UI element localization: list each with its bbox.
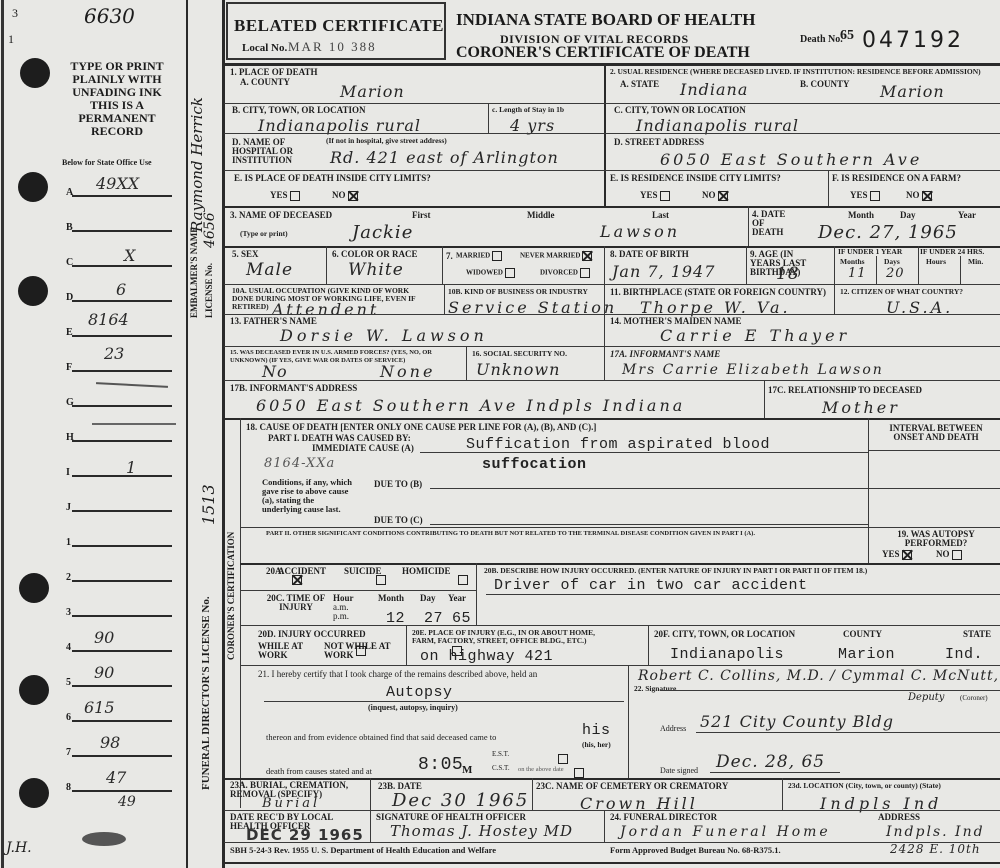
code-label: I [66, 467, 70, 478]
cell-divider [648, 625, 649, 665]
code-label: 1 [66, 537, 71, 548]
coroner-signature[interactable]: Robert C. Collins, M.D. / Cymmal C. McNu… [638, 668, 1000, 684]
code-line [72, 335, 172, 337]
cell-divider [604, 246, 605, 284]
informant-address-label: 17b. INFORMANT'S ADDRESS [230, 384, 357, 393]
yes-label: YES [640, 190, 658, 200]
cell-divider [764, 380, 765, 418]
local-no-label: Local No. [242, 42, 287, 54]
injury-occurred-label: 20d. INJURY OCCURRED [258, 630, 366, 639]
code-line [72, 300, 172, 302]
code-value: X [124, 246, 135, 265]
agency-title: INDIANA STATE BOARD OF HEALTH [456, 10, 755, 30]
answer-rule [430, 488, 868, 489]
row-rule [224, 380, 1000, 381]
relationship-label: 17c. RELATIONSHIP TO DECEASED [768, 386, 922, 395]
funeral-director-license-label: FUNERAL DIRECTOR'S LICENSE No. [200, 596, 212, 790]
signature-label: 22. Signature [634, 684, 676, 693]
death-county[interactable]: Marion [340, 82, 405, 101]
cell-divider [828, 170, 829, 206]
bottom-initials: J.H. [6, 840, 32, 856]
residence-inside-limits-label: e. IS RESIDENCE INSIDE CITY LIMITS? [610, 174, 781, 183]
interval-label: INTERVAL BETWEEN ONSET AND DEATH [876, 424, 996, 442]
cst-checkbox[interactable] [574, 768, 584, 778]
marital-widowed[interactable]: WIDOWED [466, 268, 515, 278]
code-line [72, 405, 172, 407]
code-label: 5 [66, 677, 71, 688]
code-line [72, 195, 172, 197]
deceased-name-hint: (Type or print) [240, 230, 288, 238]
belated-label: BELATED CERTIFICATE [234, 16, 444, 36]
row-rule [224, 346, 1000, 347]
answer-rule [696, 732, 1000, 733]
pronoun-hint: (his, her) [582, 740, 611, 749]
row-rule [224, 103, 604, 104]
first-name-label: First [412, 211, 431, 220]
funeral-director-license[interactable]: 1513 [199, 484, 218, 525]
injury-city[interactable]: Indianapolis [670, 646, 784, 663]
row-rule [604, 170, 1000, 171]
place-of-injury[interactable]: on highway 421 [420, 648, 553, 665]
held-hint: (inquest, autopsy, inquiry) [368, 703, 458, 712]
yes-label: YES [882, 549, 900, 559]
informant-name[interactable]: Mrs Carrie Elizabeth Lawson [622, 362, 884, 378]
married-label: MARRIED [456, 252, 490, 260]
residence-inside-limits-yes[interactable]: YES [640, 190, 670, 201]
middle-name-label: Middle [527, 211, 555, 220]
social-security-no[interactable]: Unknown [476, 360, 560, 379]
section-rule [224, 206, 1000, 208]
due-to-b-label: DUE TO (b) [374, 480, 422, 489]
row-rule [240, 590, 476, 591]
code-dash [96, 382, 168, 388]
checkbox-checked[interactable] [922, 191, 932, 201]
checkbox-checked[interactable] [902, 550, 912, 560]
date-of-birth[interactable]: Jan 7, 1947 [612, 262, 715, 281]
due-to-c-label: DUE TO (c) [374, 516, 423, 525]
code-line [72, 615, 172, 617]
code-line [72, 685, 172, 687]
marital-never-married[interactable]: NEVER MARRIED [520, 251, 592, 261]
cell-divider [782, 778, 783, 810]
funeral-director[interactable]: Jordan Funeral Home [620, 824, 831, 840]
state-office-use-label: Below for State Office Use [62, 158, 152, 167]
time-suffix: M [462, 764, 472, 776]
header-rule [224, 63, 1000, 66]
time-of-death[interactable]: 8:05 [418, 755, 463, 775]
certification-statement: 21. I hereby certify that I took charge … [258, 669, 537, 679]
code-label: 3 [66, 607, 71, 618]
death-inside-limits-no[interactable]: NO [332, 190, 358, 201]
father-label: 13. FATHER'S NAME [230, 317, 317, 326]
death-county-label: a. COUNTY [240, 78, 290, 87]
residence-county-label: b. COUNTY [800, 80, 850, 89]
cell-divider [834, 246, 835, 284]
war-dates[interactable]: None [380, 362, 435, 381]
hours-label: Hours [926, 258, 946, 266]
code-value: 23 [104, 344, 124, 363]
embalmer-license[interactable]: 4656 [202, 212, 218, 248]
residence-farm-yes[interactable]: YES [850, 190, 880, 201]
cell-divider [476, 563, 477, 625]
cell-divider [532, 778, 533, 810]
code-line [72, 545, 172, 547]
conditions-label: Conditions, if any, which gave rise to a… [262, 478, 354, 514]
how-injury-label: 20b. DESCRIBE HOW INJURY OCCURRED. (Ente… [484, 567, 867, 575]
time-of-injury-label: 20c. TIME OF INJURY [266, 594, 326, 612]
held-type[interactable]: Autopsy [386, 684, 453, 701]
birthplace-label: 11. BIRTHPLACE (State or foreign country… [610, 288, 826, 297]
never-married-label: NEVER MARRIED [520, 252, 580, 260]
code-value: 47 [106, 768, 126, 787]
death-number: 047192 [862, 28, 964, 53]
code-value: 6 [116, 280, 126, 299]
due-to-b-value[interactable]: suffocation [482, 456, 587, 473]
row-rule [224, 810, 1000, 811]
cell-divider [918, 246, 919, 284]
business-label: 10b. KIND OF BUSINESS OR INDUSTRY [448, 288, 588, 296]
director-address-2[interactable]: 2428 E. 10th [890, 842, 981, 856]
no-label: NO [332, 190, 346, 200]
code-value: 98 [100, 733, 120, 752]
code-value: 8164 [88, 310, 129, 329]
relationship[interactable]: Mother [822, 398, 900, 417]
residence-county[interactable]: Marion [880, 82, 945, 101]
autopsy-no[interactable]: NO [936, 549, 962, 560]
residence-farm-label: f. IS RESIDENCE ON A FARM? [832, 174, 961, 183]
col-divider [604, 64, 606, 206]
checkbox[interactable] [290, 191, 300, 201]
code-line [72, 510, 172, 512]
injury-county[interactable]: Marion [838, 646, 895, 663]
sex[interactable]: Male [246, 260, 293, 280]
under-24-label: IF UNDER 24 HRS. [920, 248, 984, 256]
place-of-injury-label: 20e. PLACE OF INJURY (e.g., in or about … [412, 629, 602, 645]
coroner-strip-rule [240, 418, 241, 808]
code-label: 7 [66, 747, 71, 758]
code-label: 4 [66, 642, 71, 653]
row-rule [240, 665, 1000, 666]
corner-mark: 3 [12, 6, 18, 21]
injury-county-label: COUNTY [843, 630, 882, 639]
dod-day-label: Day [900, 211, 916, 220]
code-label: 2 [66, 572, 71, 583]
on-date-label: on the above date [518, 766, 564, 773]
cell-divider [604, 810, 605, 842]
manner-suicide-checkbox[interactable] [376, 575, 386, 585]
code-value: 49XX [96, 174, 139, 193]
code-value: 90 [94, 628, 114, 647]
punch-hole [19, 573, 49, 603]
hospital-label: d. NAME OF HOSPITAL OR INSTITUTION [232, 138, 312, 165]
residence-street[interactable]: 6050 East Southern Ave [660, 150, 922, 169]
code-label: J [66, 502, 71, 513]
last-name-label: Last [652, 211, 669, 220]
code-line [72, 440, 172, 442]
checkbox[interactable] [505, 268, 515, 278]
cell-divider [488, 103, 489, 133]
coroner-address-label: Address [660, 724, 686, 733]
corner-mark-2: 1 [8, 32, 14, 47]
row-rule [224, 133, 604, 134]
date-signed[interactable]: Dec. 28, 65 [716, 752, 825, 772]
code-value: 90 [94, 663, 114, 682]
not-while-at-work[interactable]: NOT WHILE AT WORK [324, 642, 394, 660]
hospital-name[interactable]: Rd. 421 east of Arlington [330, 148, 559, 167]
cell-divider [444, 284, 445, 314]
no-label: NO [702, 190, 716, 200]
embalmer-license-label: LICENSE No. [204, 263, 214, 318]
cause-code-note: 8164-XXa [264, 456, 335, 471]
code-value: 1 [126, 458, 136, 477]
answer-rule [420, 452, 868, 453]
mother-label: 14. MOTHER'S MAIDEN NAME [610, 317, 742, 326]
cell-divider [746, 246, 747, 284]
section-rule [224, 418, 1000, 420]
ssn-label: 16. SOCIAL SECURITY NO. [472, 350, 567, 358]
marital-divorced[interactable]: DIVORCED [540, 268, 590, 278]
checkbox-checked[interactable] [348, 191, 358, 201]
marital-married[interactable]: MARRIED [456, 251, 502, 261]
section-rule [240, 563, 1000, 565]
min-label: Min. [968, 258, 983, 266]
dod-year-label: Year [958, 211, 976, 220]
code-label: 6 [66, 712, 71, 723]
under-year-label: IF UNDER 1 YEAR [838, 248, 902, 256]
cell-divider [868, 527, 869, 563]
no-label: NO [936, 549, 950, 559]
code-line [72, 650, 172, 652]
health-officer-label: SIGNATURE OF HEALTH OFFICER [376, 813, 526, 822]
age-days[interactable]: 20 [886, 266, 905, 281]
death-inside-limits-yes[interactable]: YES [270, 190, 300, 201]
answer-rule [868, 450, 1000, 451]
code-line [72, 230, 172, 232]
left-margin-rule [1, 0, 4, 868]
burial-date[interactable]: Dec 30 1965 [392, 790, 529, 811]
checkbox[interactable] [492, 251, 502, 261]
code-value: 615 [84, 698, 115, 717]
cell-divider [604, 346, 605, 380]
pronoun[interactable]: his [582, 722, 611, 739]
cell-divider [834, 284, 835, 314]
code-line [72, 265, 172, 267]
residence-street-label: d. STREET ADDRESS [614, 138, 704, 147]
autopsy-yes[interactable]: YES [882, 549, 912, 560]
residence-inside-limits-no[interactable]: NO [702, 190, 728, 201]
date-signed-label: Date signed [660, 766, 698, 775]
dod-month-label: Month [848, 211, 874, 220]
yes-label: YES [270, 190, 288, 200]
mother-maiden-name[interactable]: Carrie E Thayer [660, 326, 850, 345]
place-of-death-label: 1. PLACE OF DEATH [230, 68, 318, 77]
injury-state[interactable]: Ind. [945, 646, 983, 663]
informant-address[interactable]: 6050 East Southern Ave Indpls Indiana [256, 396, 685, 415]
residence-state[interactable]: Indiana [680, 80, 748, 99]
age-months[interactable]: 11 [848, 266, 867, 281]
row-rule [604, 133, 1000, 134]
deceased-name-label: 3. NAME OF DECEASED [230, 211, 332, 220]
divorced-label: DIVORCED [540, 269, 578, 277]
while-at-work[interactable]: WHILE AT WORK [258, 642, 318, 660]
local-no-value: MAR 10 388 [288, 39, 377, 55]
manner-homicide-checkbox[interactable] [458, 575, 468, 585]
certification-statement-2: thereon and from evidence obtained find … [266, 732, 496, 742]
code-dash [92, 423, 176, 425]
row-rule [240, 625, 1000, 626]
dob-label: 8. DATE OF BIRTH [610, 250, 689, 259]
manner-accident-checkbox[interactable] [292, 575, 302, 585]
hospital-hint: (If not in hospital, give street address… [326, 137, 447, 145]
part1-label: PART I. DEATH WAS CAUSED BY: [268, 434, 411, 443]
answer-rule [660, 690, 1000, 691]
date-of-death[interactable]: Dec. 27, 1965 [818, 222, 958, 243]
cst-label: C.S.T. [492, 764, 510, 772]
bottom-rule [224, 862, 1000, 864]
director-address-label: ADDRESS [878, 813, 920, 822]
row-rule [224, 842, 1000, 843]
health-officer-signature[interactable]: Thomas J. Hostey MD [390, 822, 573, 840]
top-left-number: 6630 [84, 4, 135, 28]
length-of-stay-label: c. Length of Stay in 1b [492, 106, 564, 114]
cell-divider [960, 256, 961, 284]
deputy-label: Deputy [908, 692, 944, 703]
row-rule [224, 284, 1000, 285]
widowed-label: WIDOWED [466, 269, 503, 277]
form-left-rule [222, 0, 225, 868]
checkbox[interactable] [952, 550, 962, 560]
checkbox[interactable] [580, 268, 590, 278]
punch-hole [20, 58, 50, 88]
checkbox-checked[interactable] [718, 191, 728, 201]
form-code: SBH 5-24-3 Rev. 1955 U. S. Department of… [230, 845, 496, 855]
code-line [72, 755, 172, 757]
not-while-at-work-label: NOT WHILE AT WORK [324, 641, 390, 660]
cell-divider [748, 206, 749, 246]
months-label: Months [840, 258, 865, 266]
marital-label: 7. [446, 252, 453, 261]
code-line [72, 720, 172, 722]
answer-rule [264, 701, 624, 702]
belated-certificate-stamp: BELATED CERTIFICATE Local No. MAR 10 388 [226, 2, 446, 60]
race[interactable]: White [348, 260, 404, 280]
injury-day-label: Day [420, 594, 436, 603]
seal-smudge [82, 832, 126, 846]
deceased-first-name[interactable]: Jackie [352, 222, 413, 243]
death-number-label: Death No. [800, 34, 843, 45]
immediate-cause[interactable]: Suffication from aspirated blood [466, 436, 770, 453]
pm-label: p.m. [333, 612, 349, 621]
est-label: E.S.T. [492, 750, 509, 758]
residence-label: 2. USUAL RESIDENCE (Where deceased lived… [610, 68, 981, 76]
row-rule [240, 527, 1000, 528]
embalmer-name-label: EMBALMER'S NAME [189, 227, 199, 318]
row-rule [604, 103, 1000, 104]
father-name[interactable]: Dorsie W. Lawson [280, 326, 488, 345]
residence-state-label: a. STATE [620, 80, 659, 89]
instructions-block: TYPE OR PRINT PLAINLY WITH UNFADING INK … [58, 60, 176, 138]
sex-label: 5. SEX [232, 250, 259, 259]
part2-label: PART II. OTHER SIGNIFICANT CONDITIONS CO… [266, 530, 755, 538]
race-label: 6. COLOR OR RACE [332, 250, 418, 259]
certification-statement-3: death from causes stated and at [266, 766, 372, 776]
punch-hole [19, 778, 49, 808]
checkbox-checked[interactable] [582, 251, 592, 261]
residence-farm-no[interactable]: NO [906, 190, 932, 201]
autopsy-label: 19. WAS AUTOPSY PERFORMED? [876, 530, 996, 548]
cell-divider [876, 256, 877, 284]
answer-rule [486, 594, 1000, 595]
punch-hole [18, 276, 48, 306]
row-rule [224, 170, 604, 171]
answer-rule [868, 488, 1000, 489]
cell-divider [604, 314, 605, 346]
coroner-label: (Coroner) [960, 694, 988, 702]
cell-divider [604, 284, 605, 314]
checkbox[interactable] [870, 191, 880, 201]
date-of-death-label: 4. DATE OF DEATH [752, 210, 796, 237]
answer-rule [710, 772, 840, 773]
cemetery-label: 23c. NAME OF CEMETERY OR CREMATORY [536, 782, 728, 791]
code-line [72, 475, 172, 477]
no-label: NO [906, 190, 920, 200]
code-line [72, 790, 172, 792]
while-at-work-label: WHILE AT WORK [258, 641, 303, 660]
manner-homicide-label: HOMICIDE [402, 567, 451, 576]
injury-state-label: STATE [963, 630, 991, 639]
code-value: 49 [118, 794, 136, 810]
director-address[interactable]: Indpls. Ind [886, 824, 985, 840]
injury-year-label: Year [448, 594, 466, 603]
death-inside-limits-label: e. IS PLACE OF DEATH INSIDE CITY LIMITS? [234, 174, 431, 183]
checkbox[interactable] [660, 191, 670, 201]
cell-divider [406, 625, 407, 665]
coroner-address[interactable]: 521 City County Bldg [700, 712, 894, 731]
yes-label: YES [850, 190, 868, 200]
citizen-label: 12. CITIZEN OF WHAT COUNTRY? [840, 288, 963, 296]
code-label: 8 [66, 782, 71, 793]
funeral-director-label: 24. FUNERAL DIRECTOR [610, 813, 717, 822]
burial-location-label: 23d. LOCATION (City, town, or county) (S… [788, 782, 941, 790]
answer-rule [430, 524, 868, 525]
disposition[interactable]: Burial [262, 796, 320, 811]
days-label: Days [884, 258, 900, 266]
code-line [72, 370, 172, 372]
budget-bureau: Form Approved Budget Bureau No. 68-R375.… [610, 845, 781, 855]
coroner-certification-label: CORONER'S CERTIFICATION [226, 532, 236, 660]
cell-divider [628, 665, 629, 780]
est-checkbox[interactable] [558, 754, 568, 764]
code-line [72, 580, 172, 582]
armed-forces[interactable]: No [262, 362, 288, 381]
form-title: CORONER'S CERTIFICATE OF DEATH [456, 44, 750, 62]
deceased-last-name[interactable]: Lawson [600, 222, 680, 241]
cause-label: 18. CAUSE OF DEATH [Enter only one cause… [246, 423, 596, 432]
how-injury-occurred[interactable]: Driver of car in two car accident [494, 577, 808, 594]
immediate-cause-label: IMMEDIATE CAUSE (a) [312, 444, 414, 453]
cell-divider [466, 346, 467, 380]
cell-divider [868, 418, 869, 528]
instruction-line: RECORD [58, 125, 176, 138]
age[interactable]: 18 [776, 264, 800, 284]
death-city-label: b. CITY, TOWN, OR LOCATION [232, 106, 365, 115]
death-number-year: 65 [840, 28, 854, 44]
cell-divider [326, 246, 327, 284]
row-rule [224, 314, 1000, 315]
punch-hole [18, 172, 48, 202]
death-certificate-page: 6630 3 1 TYPE OR PRINT PLAINLY WITH UNFA… [0, 0, 1000, 868]
informant-label: 17a. INFORMANT'S NAME [610, 350, 720, 359]
